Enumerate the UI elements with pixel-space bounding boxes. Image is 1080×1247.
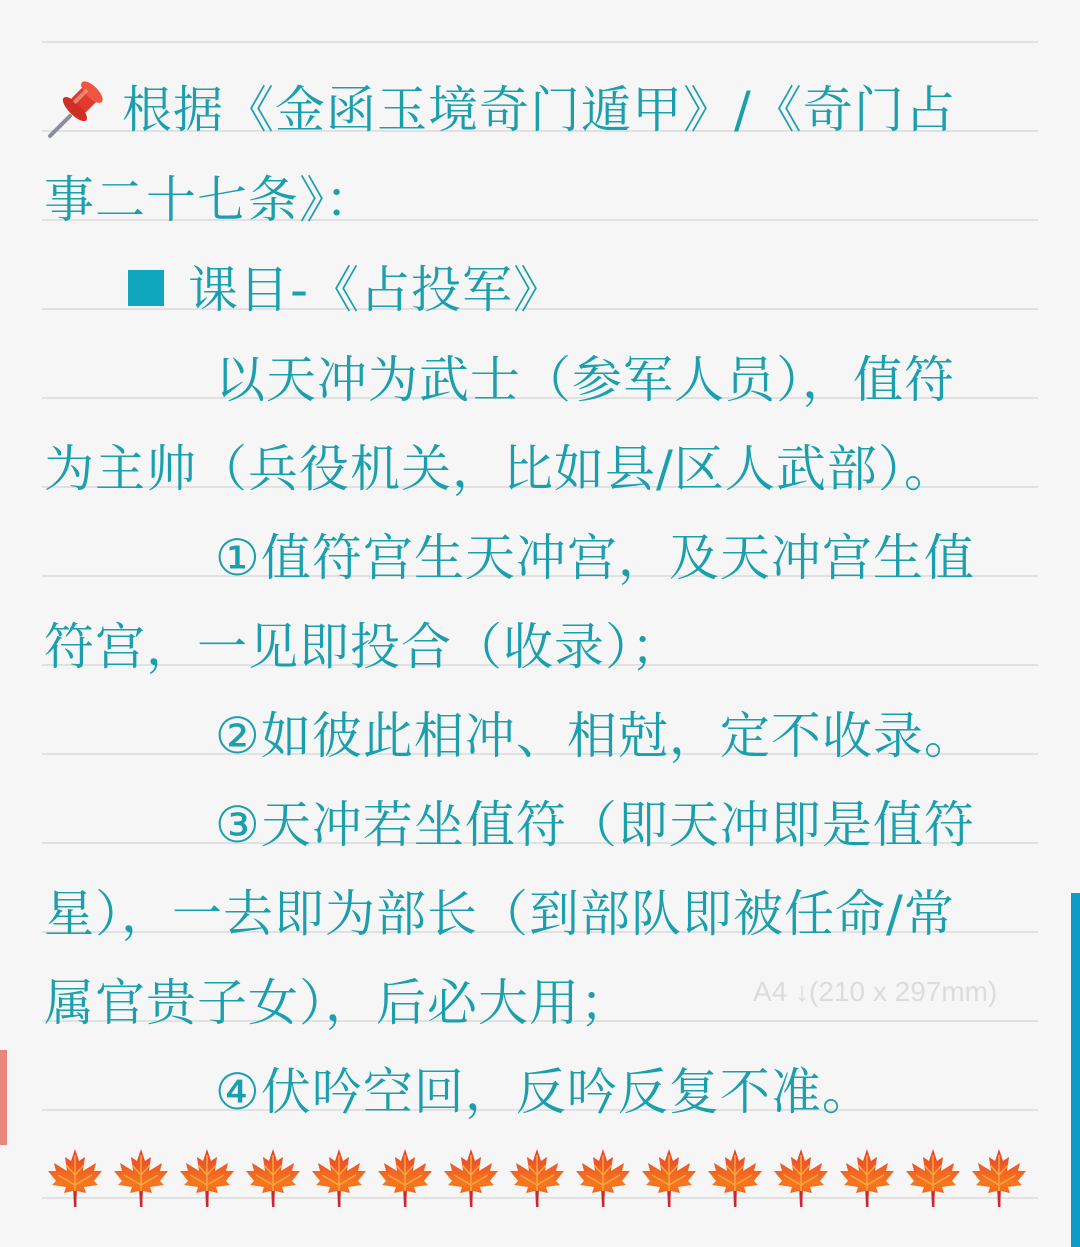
maple-leaf-icon <box>638 1145 700 1211</box>
intro-paragraph-line: 为主帅（兵役机关，比如县/区人武部）。 <box>44 439 955 499</box>
rule-3-line: ③天冲若坐值符（即天冲即是值符 <box>215 795 975 855</box>
maple-leaf-icon <box>440 1145 502 1211</box>
source-title-line: 根据《金函玉境奇门遁甲》/《奇门占 <box>44 80 956 140</box>
rule-1-line: ①值符宫生天冲宫，及天冲宫生值 <box>215 528 975 588</box>
maple-leaf-icon <box>308 1145 370 1211</box>
rule-1-line: 符宫，一见即投合（收录）； <box>44 617 682 677</box>
ruled-line <box>42 41 1038 43</box>
rule-3-line: 星），一去即为部长（到部队即被任命/常 <box>44 884 955 944</box>
maple-leaf-icon <box>770 1145 832 1211</box>
maple-leaf-icon <box>572 1145 634 1211</box>
maple-leaf-icon <box>506 1145 568 1211</box>
maple-leaf-divider <box>44 1145 1030 1211</box>
paper-size-label: A4 ↓(210 x 297mm) <box>753 976 997 1008</box>
maple-leaf-icon <box>968 1145 1030 1211</box>
intro-paragraph-line: 以天冲为武士（参军人员），值符 <box>215 350 955 410</box>
scroll-indicator[interactable] <box>1071 893 1080 1247</box>
maple-leaf-icon <box>110 1145 172 1211</box>
maple-leaf-icon <box>176 1145 238 1211</box>
maple-leaf-icon <box>44 1145 106 1211</box>
maple-leaf-icon <box>374 1145 436 1211</box>
pushpin-icon <box>44 80 108 140</box>
maple-leaf-icon <box>836 1145 898 1211</box>
section-heading-text: 课目-《占投军》 <box>188 261 564 319</box>
source-title-text: 根据《金函玉境奇门遁甲》/《奇门占 <box>122 81 956 139</box>
document-page: 根据《金函玉境奇门遁甲》/《奇门占 事二十七条》： 课目-《占投军》 以天冲为武… <box>0 0 1080 1247</box>
rule-4-line: ④伏吟空回，反吟反复不准。 <box>215 1062 873 1122</box>
rule-2-line: ②如彼此相冲、相尅，定不收录。 <box>215 706 975 766</box>
source-title-continuation: 事二十七条》： <box>44 170 376 230</box>
rule-3-line: 属官贵子女），后必大用； <box>44 973 631 1033</box>
maple-leaf-icon <box>704 1145 766 1211</box>
square-bullet-icon <box>128 270 164 306</box>
maple-leaf-icon <box>902 1145 964 1211</box>
maple-leaf-icon <box>242 1145 304 1211</box>
left-edge-marker <box>0 1050 7 1145</box>
section-heading: 课目-《占投军》 <box>128 260 564 320</box>
